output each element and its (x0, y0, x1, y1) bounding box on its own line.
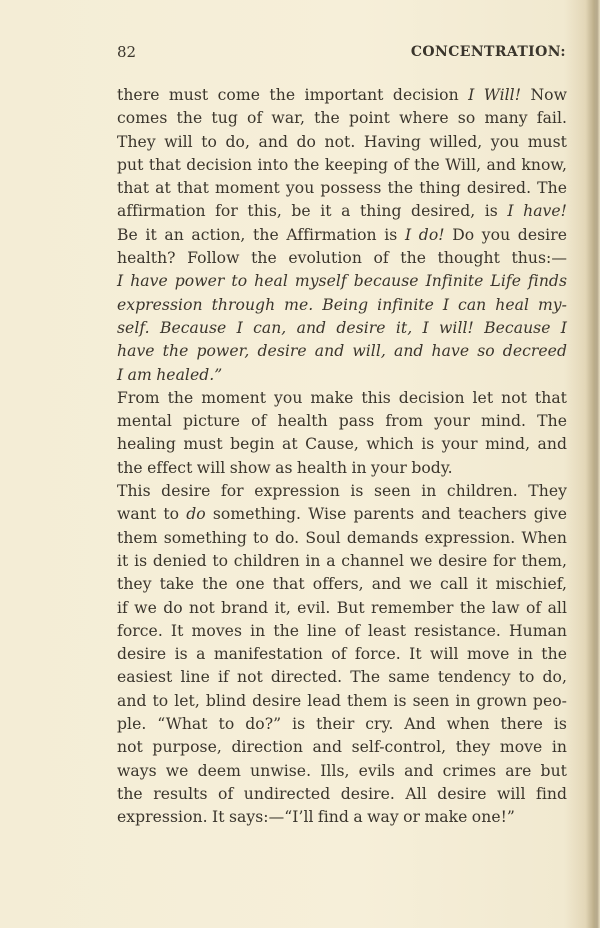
italic-text: have the power, desire and will, and hav… (117, 342, 567, 360)
text-run: the effect will show as health in your b… (117, 459, 453, 477)
text-line: ple. “What to do?” is their cry. And whe… (117, 713, 567, 736)
italic-text: I have! (507, 202, 567, 220)
text-run: not purpose, direction and self-control,… (117, 738, 567, 756)
text-line: the effect will show as health in your b… (117, 457, 567, 480)
text-line: I am healed.” (117, 364, 567, 387)
text-run: force. It moves in the line of least res… (117, 622, 567, 640)
text-run: them something to do. Soul demands expre… (117, 529, 567, 547)
text-run: From the moment you make this decision l… (117, 389, 567, 407)
text-run: something. Wise parents and teachers giv… (206, 505, 567, 523)
body-text: there must come the important decision I… (117, 84, 567, 830)
text-line: force. It moves in the line of least res… (117, 620, 567, 643)
text-run: expression. It says:—“I’ll find a way or… (117, 808, 515, 826)
text-line: it is denied to children in a channel we… (117, 550, 567, 573)
text-line: From the moment you make this decision l… (117, 387, 567, 410)
text-run: that at that moment you possess the thin… (117, 179, 567, 197)
text-run: mental picture of health pass from your … (117, 412, 567, 430)
text-run: they take the one that offers, and we ca… (117, 575, 567, 593)
text-run: health? Follow the evolution of the thou… (117, 249, 567, 267)
text-line: health? Follow the evolution of the thou… (117, 247, 567, 270)
text-run: it is denied to children in a channel we… (117, 552, 567, 570)
text-line: them something to do. Soul demands expre… (117, 527, 567, 550)
text-line: self. Because I can, and desire it, I wi… (117, 317, 567, 340)
text-line: comes the tug of war, the point where so… (117, 107, 567, 130)
text-line: and to let, blind desire lead them is se… (117, 690, 567, 713)
text-run: They will to do, and do not. Having will… (117, 133, 567, 151)
text-run: want to (117, 505, 186, 523)
text-line: there must come the important decision I… (117, 84, 567, 107)
italic-text: I do! (405, 226, 445, 244)
text-run: ways we deem unwise. Ills, evils and cri… (117, 762, 567, 780)
text-line: they take the one that offers, and we ca… (117, 573, 567, 596)
text-line: I have power to heal myself because Infi… (117, 270, 567, 293)
page-number: 82 (117, 40, 136, 64)
text-run: Be it an action, the Affirmation is (117, 226, 405, 244)
text-run: if we do not brand it, evil. But remembe… (117, 599, 567, 617)
page-edge-shadow (586, 0, 600, 928)
page-header: 82 CONCENTRATION: (117, 40, 566, 64)
text-run: desire is a manifestation of force. It w… (117, 645, 567, 663)
italic-text: expression through me. Being infinite I … (117, 296, 567, 314)
text-line: ways we deem unwise. Ills, evils and cri… (117, 760, 567, 783)
text-line: easiest line if not directed. The same t… (117, 666, 567, 689)
text-run: easiest line if not directed. The same t… (117, 668, 567, 686)
book-page: 82 CONCENTRATION: there must come the im… (0, 0, 600, 928)
text-line: the results of undirected desire. All de… (117, 783, 567, 806)
text-line: put that decision into the keeping of th… (117, 154, 567, 177)
text-run: the results of undirected desire. All de… (117, 785, 567, 803)
italic-text: I have power to heal myself because Infi… (117, 272, 567, 290)
text-run: there must come the important decision (117, 86, 468, 104)
text-run: ple. “What to do?” is their cry. And whe… (117, 715, 567, 733)
text-line: want to do something. Wise parents and t… (117, 503, 567, 526)
text-line: mental picture of health pass from your … (117, 410, 567, 433)
text-run: Do you desire (445, 226, 567, 244)
italic-text: I Will! (468, 86, 521, 104)
text-line: affirmation for this, be it a thing desi… (117, 200, 567, 223)
text-line: that at that moment you possess the thin… (117, 177, 567, 200)
text-line: They will to do, and do not. Having will… (117, 131, 567, 154)
text-line: healing must begin at Cause, which is yo… (117, 433, 567, 456)
text-run: affirmation for this, be it a thing desi… (117, 202, 507, 220)
text-line: if we do not brand it, evil. But remembe… (117, 597, 567, 620)
text-line: have the power, desire and will, and hav… (117, 340, 567, 363)
text-line: This desire for expression is seen in ch… (117, 480, 567, 503)
italic-text: self. Because I can, and desire it, I wi… (117, 319, 567, 337)
text-line: expression. It says:—“I’ll find a way or… (117, 806, 567, 829)
text-run: put that decision into the keeping of th… (117, 156, 567, 174)
text-line: expression through me. Being infinite I … (117, 294, 567, 317)
text-run: and to let, blind desire lead them is se… (117, 692, 567, 710)
text-run: comes the tug of war, the point where so… (117, 109, 567, 127)
running-head: CONCENTRATION: (411, 40, 566, 64)
text-run: healing must begin at Cause, which is yo… (117, 435, 567, 453)
text-run: This desire for expression is seen in ch… (117, 482, 567, 500)
text-line: Be it an action, the Affirmation is I do… (117, 224, 567, 247)
text-line: desire is a manifestation of force. It w… (117, 643, 567, 666)
text-line: not purpose, direction and self-control,… (117, 736, 567, 759)
italic-text: I am healed.” (117, 366, 222, 384)
italic-text: do (186, 505, 205, 523)
text-run: Now (521, 86, 567, 104)
